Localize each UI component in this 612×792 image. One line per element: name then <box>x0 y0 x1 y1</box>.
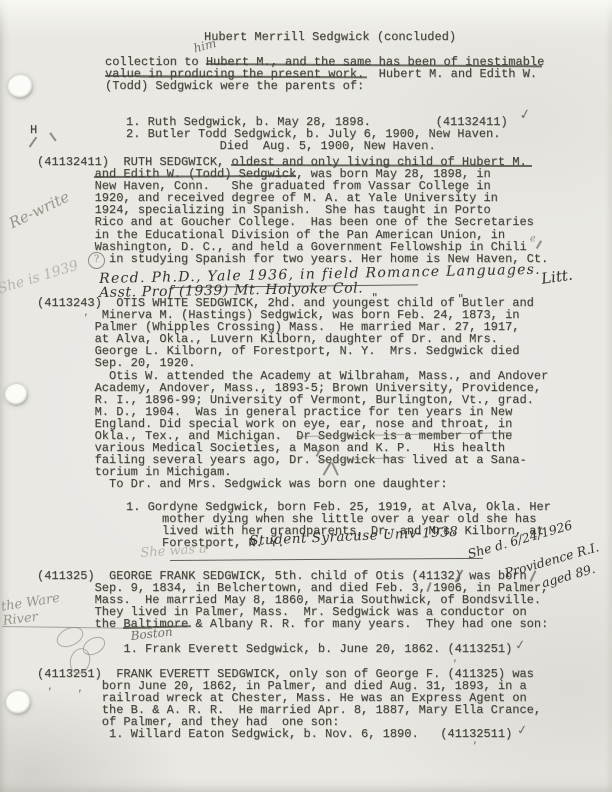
comma-mark: , <box>473 732 477 746</box>
typed-line: 1. Willard Eaton Sedgwick, b. Nov. 6, 18… <box>37 728 541 740</box>
intro-paragraph: collection to Hubert M., and the same ha… <box>105 56 544 92</box>
ditto-mark: " <box>372 291 378 305</box>
typed-line: Washington, D. C., and held a Government… <box>37 241 548 253</box>
comma-mark: , <box>453 650 457 664</box>
comma-mark: , <box>78 680 82 694</box>
typed-line: Died Aug. 5, 1900, New Haven. <box>126 140 508 152</box>
pencil-slash <box>29 137 37 148</box>
typed-line: Rico and at Goucher College. Has been on… <box>37 216 548 228</box>
children-list: 1. Ruth Sedgwick, b. May 28, 1898. (4113… <box>126 116 508 152</box>
pencil-slash <box>49 132 56 141</box>
typed-line: (Todd) Sedgwick were the parents of: <box>105 80 544 92</box>
margin-letter-h: H <box>30 124 37 136</box>
punch-hole-middle <box>5 384 28 406</box>
check-mark: ✓ <box>518 106 532 124</box>
typed-line <box>37 630 548 642</box>
typed-line: 1. Frank Everett Sedgwick, b. June 20, 1… <box>37 643 548 655</box>
ditto-mark: " <box>458 292 464 306</box>
circled-question-mark: ? <box>88 252 105 269</box>
typed-line: Sep. 20, 1920. <box>37 357 548 369</box>
check-mark: ✓ <box>514 637 527 653</box>
handwritten-litt-note: Litt. <box>540 266 574 288</box>
comma-mark: , <box>48 678 52 692</box>
section-frank: (4113251) FRANK EVERETT SEDGWICK, only s… <box>37 668 541 741</box>
comma-mark: , <box>84 304 88 318</box>
handwritten-erased-note: She was a <box>140 541 207 561</box>
typed-line: To Dr. and Mrs. Sedgwick was born one da… <box>37 478 548 490</box>
typed-line: in the Educational Division of the Pan A… <box>37 229 548 241</box>
strikethrough-mark <box>140 77 330 78</box>
section-george: (411325) GEORGE FRANK SEDGWICK, 5th. chi… <box>37 570 548 655</box>
typed-line: Otis W. attended the Academy at Wilbraha… <box>37 370 548 382</box>
punch-hole-bottom <box>6 691 31 715</box>
typed-line: Academy, Andover, Mass., 1893-5; Brown U… <box>37 382 548 394</box>
punch-hole-top <box>8 75 33 99</box>
scanned-page: Hubert Merrill Sedgwick (concluded) coll… <box>0 0 612 792</box>
page-title: Hubert Merrill Sedgwick (concluded) <box>204 31 456 43</box>
section-otis: (4113243) OTIS WHITE SEDGWICK, 2hd. and … <box>37 297 548 491</box>
check-mark: ✓ <box>516 722 529 738</box>
handwriting-underline <box>170 558 483 562</box>
handwritten-scribble-hubert: him <box>192 36 218 55</box>
section-ruth: (41132411) RUTH SEDGWICK, oldest and onl… <box>37 156 548 265</box>
